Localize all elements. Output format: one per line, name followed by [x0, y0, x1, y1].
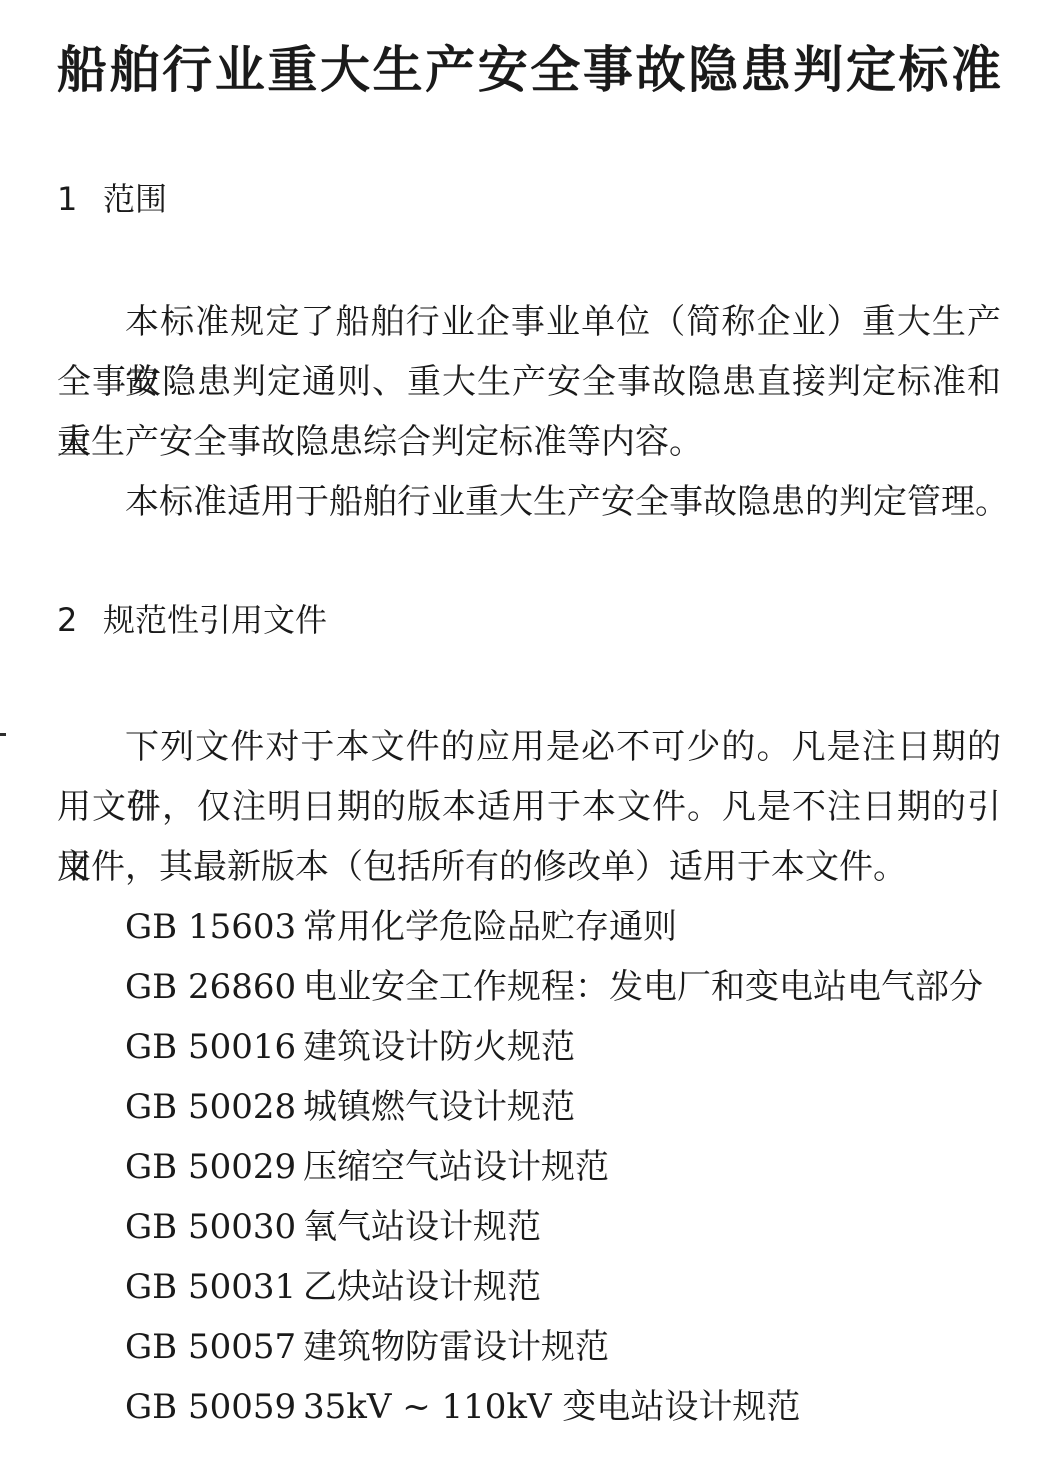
paragraph-line: 文件，其最新版本（包括所有的修改单）适用于本文件。	[57, 837, 1001, 897]
paragraph-line: 全事故隐患判定通则、重大生产安全事故隐患直接判定标准和重	[57, 352, 1001, 412]
reference-code: GB 50031	[125, 1257, 303, 1317]
reference-title: 建筑设计防火规范	[303, 1027, 575, 1067]
reference-code: GB 50059	[125, 1377, 303, 1437]
reference-code: GB 50028	[125, 1077, 303, 1137]
reference-code: GB 26860	[125, 957, 303, 1017]
reference-item: GB 50031乙炔站设计规范	[57, 1257, 1001, 1317]
paragraph-line: 下列文件对于本文件的应用是必不可少的。凡是注日期的引	[57, 717, 1001, 777]
paragraph-line: 大生产安全事故隐患综合判定标准等内容。	[57, 412, 1001, 472]
document-title: 船舶行业重大生产安全事故隐患判定标准	[57, 38, 1001, 102]
reference-item: GB 50030氧气站设计规范	[57, 1197, 1001, 1257]
reference-item: GB 50016建筑设计防火规范	[57, 1017, 1001, 1077]
paragraph-line: 本标准规定了船舶行业企事业单位（简称企业）重大生产安	[57, 292, 1001, 352]
section-2-title: 规范性引用文件	[103, 601, 327, 639]
reference-item: GB 50029压缩空气站设计规范	[57, 1137, 1001, 1197]
reference-title: 建筑物防雷设计规范	[303, 1327, 609, 1367]
reference-title: 压缩空气站设计规范	[303, 1147, 609, 1187]
reference-title: 电业安全工作规程：发电厂和变电站电气部分	[303, 967, 983, 1007]
section-1-number: 1	[57, 179, 103, 219]
section-1-title: 范围	[103, 180, 167, 218]
reference-title: 乙炔站设计规范	[303, 1267, 541, 1307]
reference-item: GB 15603常用化学危险品贮存通则	[57, 897, 1001, 957]
reference-code: GB 50029	[125, 1137, 303, 1197]
reference-code: GB 15603	[125, 897, 303, 957]
page-edge-artifact	[0, 733, 6, 736]
reference-item: GB 50028城镇燃气设计规范	[57, 1077, 1001, 1137]
reference-title: 氧气站设计规范	[303, 1207, 541, 1247]
reference-title: 城镇燃气设计规范	[303, 1087, 575, 1127]
reference-code: GB 50016	[125, 1017, 303, 1077]
section-1-heading: 1范围	[57, 179, 1001, 219]
section-2-number: 2	[57, 600, 103, 640]
reference-code: GB 50030	[125, 1197, 303, 1257]
reference-title: 常用化学危险品贮存通则	[303, 907, 677, 947]
reference-code: GB 50057	[125, 1317, 303, 1377]
document-page: 船舶行业重大生产安全事故隐患判定标准 1范围 本标准规定了船舶行业企事业单位（简…	[0, 0, 1058, 1474]
paragraph-line: 本标准适用于船舶行业重大生产安全事故隐患的判定管理。	[57, 472, 1001, 532]
section-1-body: 本标准规定了船舶行业企事业单位（简称企业）重大生产安 全事故隐患判定通则、重大生…	[57, 292, 1001, 532]
section-2-body: 下列文件对于本文件的应用是必不可少的。凡是注日期的引 用文件，仅注明日期的版本适…	[57, 717, 1001, 1437]
reference-item: GB 50057建筑物防雷设计规范	[57, 1317, 1001, 1377]
section-2-heading: 2规范性引用文件	[57, 600, 1001, 640]
reference-title: 35kV ~ 110kV 变电站设计规范	[303, 1387, 800, 1427]
paragraph-line: 用文件，仅注明日期的版本适用于本文件。凡是不注日期的引用	[57, 777, 1001, 837]
reference-item: GB 26860电业安全工作规程：发电厂和变电站电气部分	[57, 957, 1001, 1017]
reference-item: GB 5005935kV ~ 110kV 变电站设计规范	[57, 1377, 1001, 1437]
